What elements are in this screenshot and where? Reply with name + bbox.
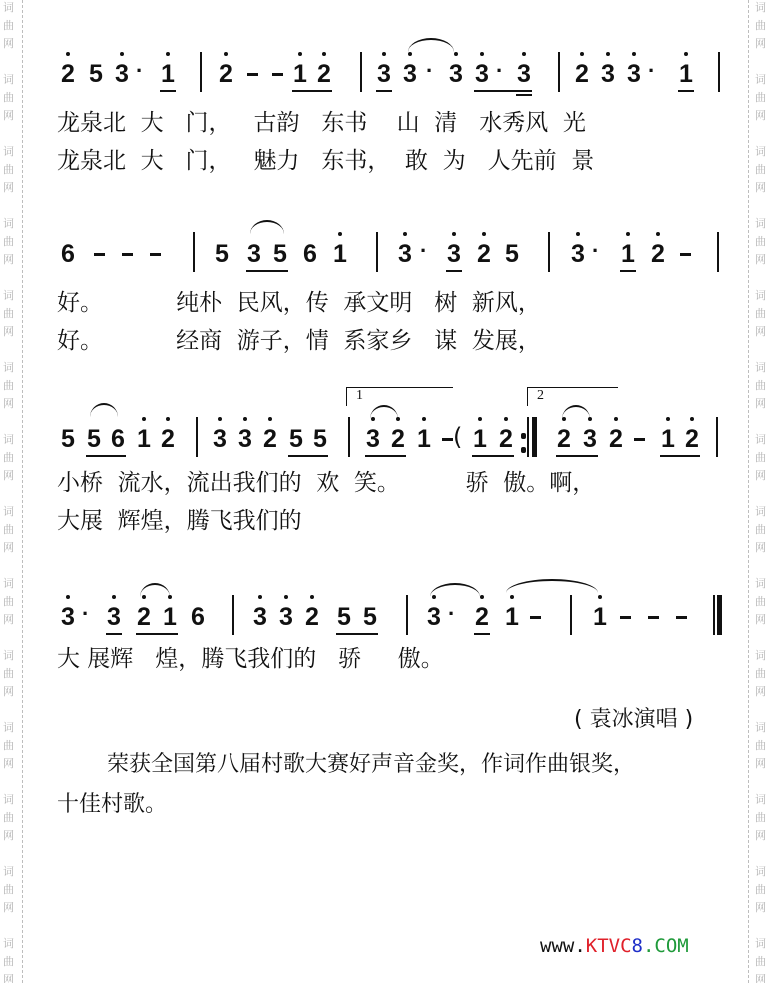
octave-dot bbox=[598, 595, 602, 599]
octave-dot bbox=[142, 417, 146, 421]
note: 3 bbox=[237, 425, 253, 453]
octave-dot bbox=[224, 52, 228, 56]
watermark-char: 曲 bbox=[3, 524, 14, 536]
note: 1 bbox=[472, 425, 488, 453]
watermark-char: 曲 bbox=[755, 812, 766, 824]
thick-bar-line bbox=[717, 595, 722, 635]
octave-dot bbox=[322, 52, 326, 56]
note: 5 bbox=[272, 240, 288, 268]
note: 2 bbox=[476, 240, 492, 268]
octave-dot bbox=[258, 595, 262, 599]
slur-arc bbox=[90, 403, 118, 417]
watermark-char: 词 bbox=[3, 578, 14, 590]
octave-dot bbox=[112, 595, 116, 599]
note: 5 bbox=[504, 240, 520, 268]
lyric-line: 大 展辉 煌，腾飞我们的 骄 傲。 bbox=[57, 646, 444, 672]
note: 3 bbox=[582, 425, 598, 453]
octave-dot bbox=[614, 417, 618, 421]
note: 1 bbox=[162, 603, 178, 631]
lyric-line: 龙泉北 大 门， 魅力 东书， 敢 为 人先前 景 bbox=[57, 148, 594, 174]
performer-credit: ( 袁冰演唱 ) bbox=[574, 702, 693, 733]
augmentation-dot: · bbox=[426, 58, 433, 84]
octave-dot bbox=[522, 52, 526, 56]
lyric-line: 好。 经商 游子，情 系家乡 谋 发展， bbox=[57, 328, 541, 354]
watermark-char: 曲 bbox=[755, 20, 766, 32]
note: 1 bbox=[416, 425, 432, 453]
octave-dot bbox=[298, 52, 302, 56]
note: 3 bbox=[570, 240, 586, 268]
watermark-char: 网 bbox=[3, 614, 14, 626]
octave-dot bbox=[684, 52, 688, 56]
watermark-char: 词 bbox=[3, 650, 14, 662]
watermark-char: 词 bbox=[755, 362, 766, 374]
extension-dash bbox=[442, 438, 453, 441]
octave-dot bbox=[338, 232, 342, 236]
octave-dot bbox=[382, 52, 386, 56]
award-description-line1: 荣获全国第八届村歌大赛好声音金奖，作词作曲银奖， bbox=[107, 745, 635, 785]
octave-dot bbox=[268, 417, 272, 421]
note: 2 bbox=[304, 603, 320, 631]
beam-underline bbox=[474, 633, 490, 635]
slur-arc bbox=[506, 579, 598, 593]
beam-underline bbox=[288, 455, 328, 457]
extension-dash bbox=[272, 73, 283, 76]
note: 6 bbox=[110, 425, 126, 453]
extension-dash bbox=[634, 438, 645, 441]
watermark-char: 词 bbox=[3, 866, 14, 878]
beam-underline bbox=[136, 633, 178, 635]
watermark-char: 网 bbox=[3, 110, 14, 122]
octave-dot bbox=[480, 52, 484, 56]
octave-dot bbox=[166, 417, 170, 421]
octave-dot bbox=[576, 232, 580, 236]
note: 3 bbox=[114, 60, 130, 88]
beam-underline bbox=[446, 270, 462, 272]
octave-dot bbox=[166, 52, 170, 56]
slur-arc bbox=[430, 583, 480, 597]
augmentation-dot: · bbox=[592, 238, 599, 264]
bar-line bbox=[196, 417, 198, 457]
bar-line bbox=[232, 595, 234, 635]
slur-arc bbox=[562, 405, 590, 419]
octave-dot bbox=[218, 417, 222, 421]
watermark-char: 网 bbox=[755, 182, 766, 194]
bar-line bbox=[348, 417, 350, 457]
note: 3 bbox=[252, 603, 268, 631]
right-watermark-margin: 词曲网词曲网词曲网词曲网词曲网词曲网词曲网词曲网词曲网词曲网词曲网词曲网词曲网词… bbox=[748, 0, 770, 983]
watermark-char: 曲 bbox=[755, 164, 766, 176]
volta-number: 1 bbox=[356, 388, 363, 404]
bar-line bbox=[548, 232, 550, 272]
site-logo: www.KTVC8.COM bbox=[540, 935, 689, 957]
bar-line bbox=[200, 52, 202, 92]
extension-dash bbox=[150, 253, 161, 256]
watermark-char: 网 bbox=[3, 974, 14, 983]
watermark-char: 网 bbox=[755, 614, 766, 626]
note: 1 bbox=[160, 60, 176, 88]
note: 5 bbox=[362, 603, 378, 631]
watermark-char: 词 bbox=[755, 2, 766, 14]
note: 5 bbox=[60, 425, 76, 453]
bar-line bbox=[193, 232, 195, 272]
octave-dot bbox=[580, 52, 584, 56]
octave-dot bbox=[66, 52, 70, 56]
watermark-char: 曲 bbox=[3, 308, 14, 320]
watermark-char: 曲 bbox=[3, 956, 14, 968]
beam-underline bbox=[86, 455, 126, 457]
watermark-char: 词 bbox=[3, 290, 14, 302]
watermark-char: 词 bbox=[3, 506, 14, 518]
octave-dot bbox=[310, 595, 314, 599]
watermark-char: 词 bbox=[755, 578, 766, 590]
note: 1 bbox=[620, 240, 636, 268]
note: 1 bbox=[136, 425, 152, 453]
note: 2 bbox=[574, 60, 590, 88]
augmentation-dot: · bbox=[420, 238, 427, 264]
extension-dash bbox=[676, 616, 687, 619]
octave-dot bbox=[632, 52, 636, 56]
watermark-char: 曲 bbox=[3, 164, 14, 176]
watermark-char: 词 bbox=[755, 938, 766, 950]
logo-part: 8 bbox=[632, 935, 643, 957]
watermark-char: 网 bbox=[3, 326, 14, 338]
parenthesis: ( bbox=[453, 423, 462, 451]
beam-underline bbox=[246, 270, 288, 272]
octave-dot bbox=[454, 52, 458, 56]
bar-line bbox=[570, 595, 572, 635]
note: 1 bbox=[660, 425, 676, 453]
watermark-char: 曲 bbox=[3, 236, 14, 248]
octave-dot bbox=[510, 595, 514, 599]
note: 2 bbox=[474, 603, 490, 631]
octave-dot bbox=[480, 595, 484, 599]
beam-underline bbox=[472, 455, 514, 457]
extension-dash bbox=[680, 253, 691, 256]
note: 3 bbox=[446, 240, 462, 268]
note: 2 bbox=[136, 603, 152, 631]
note: 1 bbox=[332, 240, 348, 268]
note: 3 bbox=[397, 240, 413, 268]
watermark-char: 网 bbox=[755, 38, 766, 50]
bar-line bbox=[716, 417, 718, 457]
note: 3 bbox=[278, 603, 294, 631]
note: 2 bbox=[218, 60, 234, 88]
watermark-char: 词 bbox=[755, 74, 766, 86]
beam-underline bbox=[336, 633, 378, 635]
note: 2 bbox=[60, 60, 76, 88]
watermark-char: 网 bbox=[755, 830, 766, 842]
watermark-char: 词 bbox=[755, 218, 766, 230]
watermark-char: 网 bbox=[3, 902, 14, 914]
note: 3 bbox=[246, 240, 262, 268]
octave-dot bbox=[504, 417, 508, 421]
note: 3 bbox=[376, 60, 392, 88]
watermark-char: 词 bbox=[755, 722, 766, 734]
note: 5 bbox=[88, 60, 104, 88]
watermark-char: 曲 bbox=[755, 380, 766, 392]
watermark-char: 网 bbox=[3, 686, 14, 698]
watermark-char: 曲 bbox=[755, 884, 766, 896]
watermark-char: 曲 bbox=[3, 596, 14, 608]
note: 5 bbox=[86, 425, 102, 453]
octave-dot bbox=[408, 52, 412, 56]
beam-underline bbox=[516, 90, 532, 92]
bar-line bbox=[376, 232, 378, 272]
watermark-char: 词 bbox=[3, 74, 14, 86]
watermark-char: 曲 bbox=[3, 740, 14, 752]
note: 3 bbox=[448, 60, 464, 88]
logo-part: www. bbox=[540, 935, 586, 957]
watermark-char: 曲 bbox=[755, 308, 766, 320]
octave-dot bbox=[422, 417, 426, 421]
extension-dash bbox=[620, 616, 631, 619]
note: 2 bbox=[556, 425, 572, 453]
watermark-char: 词 bbox=[755, 146, 766, 158]
note: 2 bbox=[608, 425, 624, 453]
watermark-char: 曲 bbox=[755, 596, 766, 608]
bar-line bbox=[527, 417, 529, 457]
beam-underline bbox=[106, 633, 122, 635]
octave-dot bbox=[243, 417, 247, 421]
watermark-char: 词 bbox=[755, 866, 766, 878]
augmentation-dot: · bbox=[496, 58, 503, 84]
watermark-char: 词 bbox=[3, 938, 14, 950]
extension-dash bbox=[122, 253, 133, 256]
watermark-char: 曲 bbox=[3, 380, 14, 392]
note: 1 bbox=[592, 603, 608, 631]
watermark-char: 网 bbox=[3, 830, 14, 842]
bar-line bbox=[558, 52, 560, 92]
watermark-char: 网 bbox=[755, 398, 766, 410]
slur-arc bbox=[140, 583, 170, 597]
augmentation-dot: · bbox=[648, 58, 655, 84]
note: 6 bbox=[302, 240, 318, 268]
watermark-char: 网 bbox=[755, 758, 766, 770]
repeat-dot bbox=[521, 447, 526, 453]
octave-dot bbox=[606, 52, 610, 56]
watermark-char: 曲 bbox=[755, 524, 766, 536]
note: 3 bbox=[516, 60, 532, 88]
watermark-char: 曲 bbox=[3, 812, 14, 824]
watermark-char: 曲 bbox=[755, 236, 766, 248]
note: 3 bbox=[426, 603, 442, 631]
extension-dash bbox=[94, 253, 105, 256]
beam-underline bbox=[620, 270, 636, 272]
note: 3 bbox=[626, 60, 642, 88]
lyric-line: 龙泉北 大 门， 古韵 东书 山 清 水秀风 光 bbox=[57, 110, 586, 136]
note: 2 bbox=[262, 425, 278, 453]
octave-dot bbox=[656, 232, 660, 236]
watermark-char: 网 bbox=[755, 902, 766, 914]
bar-line bbox=[406, 595, 408, 635]
octave-dot bbox=[626, 232, 630, 236]
note: 2 bbox=[650, 240, 666, 268]
watermark-char: 词 bbox=[3, 2, 14, 14]
watermark-char: 网 bbox=[755, 974, 766, 983]
watermark-char: 网 bbox=[3, 182, 14, 194]
note: 2 bbox=[684, 425, 700, 453]
watermark-char: 词 bbox=[3, 434, 14, 446]
watermark-char: 词 bbox=[3, 722, 14, 734]
volta-number: 2 bbox=[537, 388, 544, 404]
watermark-char: 词 bbox=[3, 146, 14, 158]
note: 2 bbox=[390, 425, 406, 453]
watermark-char: 曲 bbox=[755, 452, 766, 464]
lyric-line: 大展 辉煌，腾飞我们的 bbox=[57, 508, 302, 534]
watermark-char: 网 bbox=[755, 686, 766, 698]
note: 6 bbox=[190, 603, 206, 631]
bar-line bbox=[718, 52, 720, 92]
watermark-char: 网 bbox=[755, 470, 766, 482]
watermark-char: 曲 bbox=[3, 92, 14, 104]
note: 3 bbox=[402, 60, 418, 88]
repeat-dot bbox=[521, 433, 526, 439]
watermark-char: 词 bbox=[755, 290, 766, 302]
note: 5 bbox=[288, 425, 304, 453]
watermark-char: 曲 bbox=[3, 20, 14, 32]
note: 3 bbox=[600, 60, 616, 88]
octave-dot bbox=[403, 232, 407, 236]
watermark-char: 网 bbox=[3, 38, 14, 50]
augmentation-dot: · bbox=[136, 58, 143, 84]
watermark-char: 网 bbox=[755, 110, 766, 122]
note: 5 bbox=[214, 240, 230, 268]
augmentation-dot: · bbox=[448, 601, 455, 627]
octave-dot bbox=[690, 417, 694, 421]
watermark-char: 曲 bbox=[3, 668, 14, 680]
beam-underline-second bbox=[516, 94, 532, 96]
beam-underline bbox=[376, 90, 392, 92]
note: 5 bbox=[336, 603, 352, 631]
note: 3 bbox=[365, 425, 381, 453]
bar-line bbox=[717, 232, 719, 272]
extension-dash bbox=[247, 73, 258, 76]
lyric-line: 小桥 流水，流出我们的 欢 笑。 骄 傲。啊， bbox=[57, 470, 595, 496]
note: 1 bbox=[292, 60, 308, 88]
award-description-line2: 十佳村歌。 bbox=[57, 785, 167, 825]
watermark-char: 词 bbox=[3, 362, 14, 374]
watermark-char: 词 bbox=[755, 794, 766, 806]
watermark-char: 曲 bbox=[3, 452, 14, 464]
octave-dot bbox=[482, 232, 486, 236]
watermark-char: 曲 bbox=[3, 884, 14, 896]
watermark-char: 网 bbox=[3, 542, 14, 554]
watermark-char: 网 bbox=[755, 254, 766, 266]
logo-part: .COM bbox=[643, 935, 689, 957]
watermark-char: 网 bbox=[3, 758, 14, 770]
watermark-char: 曲 bbox=[755, 956, 766, 968]
beam-underline bbox=[160, 90, 176, 92]
beam-underline bbox=[678, 90, 694, 92]
watermark-char: 词 bbox=[3, 218, 14, 230]
watermark-char: 网 bbox=[3, 398, 14, 410]
watermark-char: 曲 bbox=[755, 92, 766, 104]
beam-underline bbox=[660, 455, 700, 457]
note: 1 bbox=[678, 60, 694, 88]
bar-line bbox=[713, 595, 715, 635]
thick-bar-line bbox=[532, 417, 537, 457]
note: 3 bbox=[474, 60, 490, 88]
note: 2 bbox=[498, 425, 514, 453]
beam-underline bbox=[292, 90, 332, 92]
note: 6 bbox=[60, 240, 76, 268]
watermark-char: 词 bbox=[755, 506, 766, 518]
note: 3 bbox=[60, 603, 76, 631]
note: 1 bbox=[504, 603, 520, 631]
augmentation-dot: · bbox=[82, 601, 89, 627]
octave-dot bbox=[452, 232, 456, 236]
watermark-char: 网 bbox=[755, 326, 766, 338]
note: 2 bbox=[160, 425, 176, 453]
watermark-char: 词 bbox=[3, 794, 14, 806]
watermark-char: 网 bbox=[3, 470, 14, 482]
note: 2 bbox=[316, 60, 332, 88]
octave-dot bbox=[666, 417, 670, 421]
slur-arc bbox=[370, 405, 398, 419]
watermark-char: 网 bbox=[755, 542, 766, 554]
octave-dot bbox=[478, 417, 482, 421]
watermark-char: 网 bbox=[3, 254, 14, 266]
watermark-char: 词 bbox=[755, 434, 766, 446]
extension-dash bbox=[648, 616, 659, 619]
slur-arc bbox=[408, 38, 454, 52]
note: 3 bbox=[106, 603, 122, 631]
octave-dot bbox=[120, 52, 124, 56]
slur-arc bbox=[250, 220, 284, 234]
beam-underline bbox=[365, 455, 406, 457]
note: 5 bbox=[312, 425, 328, 453]
note: 3 bbox=[212, 425, 228, 453]
logo-part: KTVC bbox=[586, 935, 632, 957]
lyric-line: 好。 纯朴 民风，传 承文明 树 新风， bbox=[57, 290, 541, 316]
bar-line bbox=[360, 52, 362, 92]
octave-dot bbox=[66, 595, 70, 599]
watermark-char: 曲 bbox=[755, 668, 766, 680]
left-watermark-margin: 词曲网词曲网词曲网词曲网词曲网词曲网词曲网词曲网词曲网词曲网词曲网词曲网词曲网词… bbox=[0, 0, 23, 983]
watermark-char: 曲 bbox=[755, 740, 766, 752]
octave-dot bbox=[284, 595, 288, 599]
watermark-char: 词 bbox=[755, 650, 766, 662]
extension-dash bbox=[530, 616, 541, 619]
beam-underline bbox=[556, 455, 598, 457]
